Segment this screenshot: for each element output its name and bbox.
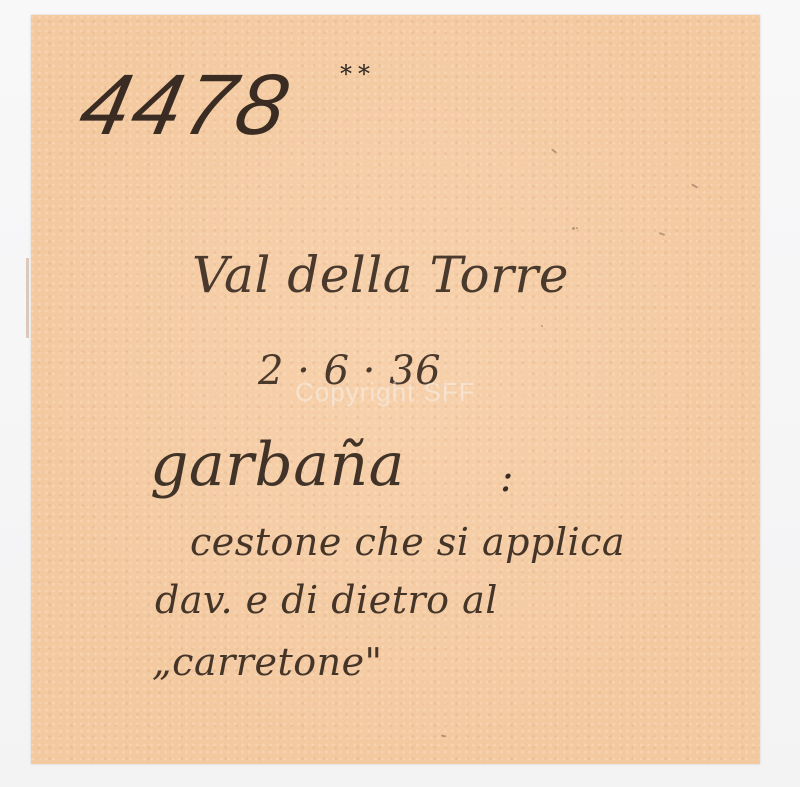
- paper-edge-shadow: [26, 258, 29, 338]
- catalog-star-marks: **: [340, 60, 376, 88]
- paper-fiber-speck: [659, 232, 665, 236]
- paper-fiber-speck: [576, 227, 578, 229]
- paper-fiber-speck: [572, 227, 575, 230]
- term-colon: :: [500, 455, 514, 501]
- dialect-term: garbaña: [150, 430, 405, 500]
- paper-fiber-speck: [441, 734, 446, 737]
- paper-fiber-speck: [541, 325, 543, 327]
- paper-fiber-speck: [691, 183, 698, 188]
- description-line-2: dav. e di dietro al: [155, 578, 498, 622]
- catalog-number: 4478: [71, 56, 299, 155]
- description-line-3: „carretone": [152, 640, 383, 684]
- paper-fiber-speck: [551, 148, 557, 153]
- copyright-watermark: Copyright SFF: [295, 377, 476, 408]
- description-line-1: cestone che si applica: [190, 520, 625, 564]
- collection-location: Val della Torre: [192, 246, 569, 304]
